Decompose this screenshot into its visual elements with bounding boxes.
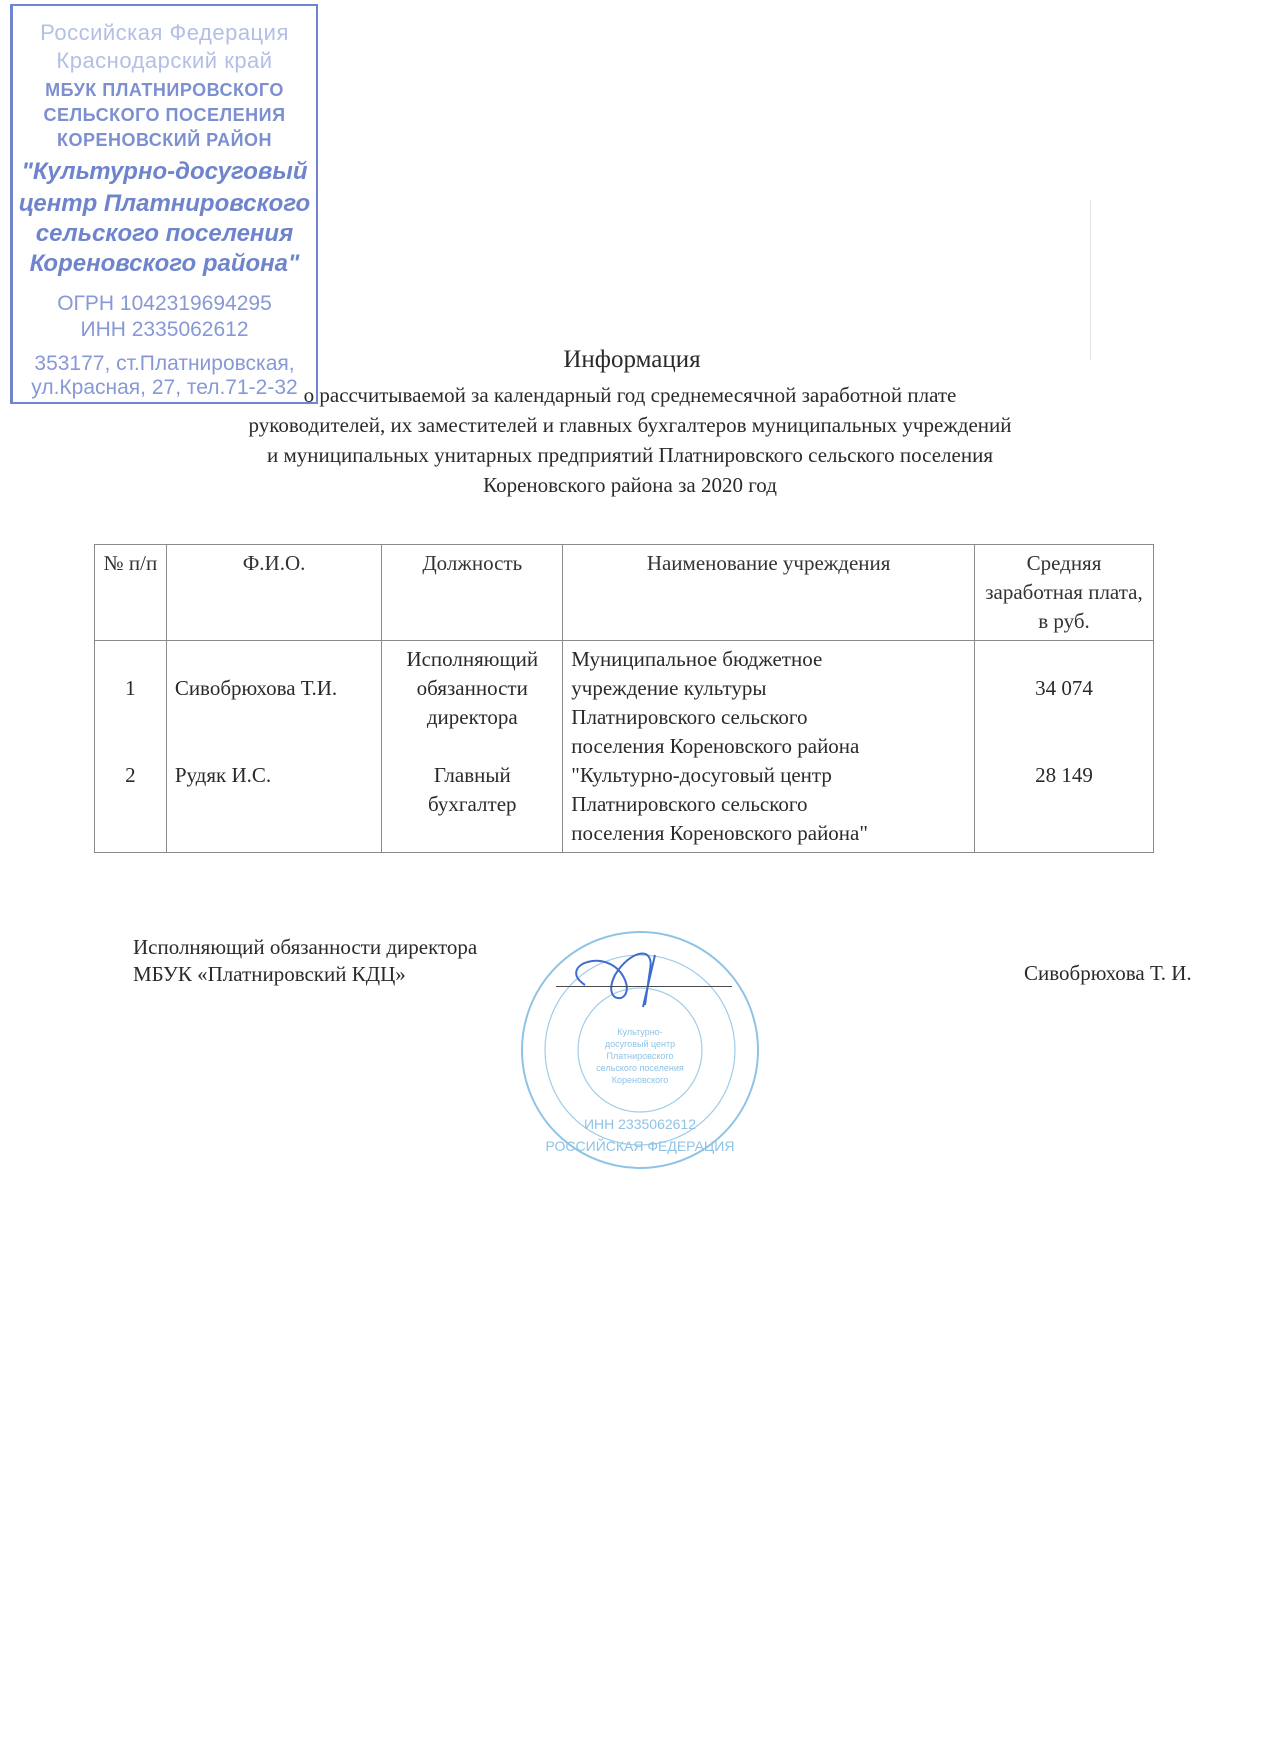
svg-text:досуговый центр: досуговый центр <box>605 1039 675 1049</box>
subtitle-line: руководителей, их заместителей и главных… <box>130 410 1130 440</box>
org-line: поселения Кореновского района" <box>571 819 966 848</box>
stamp-line: Кореновского района" <box>13 250 316 278</box>
row-position: Исполняющий обязанности директора <box>390 645 554 761</box>
signer-title: Исполняющий обязанности директора МБУК «… <box>133 934 477 988</box>
row-fio-cell: Сивобрюхова Т.И. Рудяк И.С. <box>166 641 381 853</box>
stamp-line: КОРЕНОВСКИЙ РАЙОН <box>13 130 316 151</box>
row-fio: Сивобрюхова Т.И. <box>175 674 373 703</box>
stamp-line: Краснодарский край <box>13 48 316 74</box>
document-subtitle: о рассчитываемой за календарный год сред… <box>130 380 1130 500</box>
org-line: Платнировского сельского <box>571 790 966 819</box>
svg-text:Кореновского: Кореновского <box>612 1075 669 1085</box>
rectangular-stamp: Российская Федерация Краснодарский край … <box>10 4 318 404</box>
signer-title-line: МБУК «Платнировский КДЦ» <box>133 961 477 988</box>
header-salary: Средняя заработная плата, в руб. <box>974 545 1153 641</box>
row-fio: Рудяк И.С. <box>175 761 373 790</box>
svg-text:РОССИЙСКАЯ ФЕДЕРАЦИЯ: РОССИЙСКАЯ ФЕДЕРАЦИЯ <box>546 1137 735 1154</box>
stamp-line: Российская Федерация <box>13 20 316 46</box>
row-num-cell: 1 2 <box>95 641 167 853</box>
signer-title-line: Исполняющий обязанности директора <box>133 934 477 961</box>
subtitle-line: Кореновского района за 2020 год <box>130 470 1130 500</box>
row-salary: 34 074 <box>983 674 1145 703</box>
stamp-inn: ИНН 2335062612 <box>13 318 316 342</box>
org-line: "Культурно-досуговый центр <box>571 761 966 790</box>
round-seal-icon: Культурно- досуговый центр Платнировског… <box>515 925 765 1175</box>
row-organization-cell: Муниципальное бюджетное учреждение культ… <box>563 641 975 853</box>
org-line: Муниципальное бюджетное <box>571 645 966 674</box>
org-line: учреждение культуры <box>571 674 966 703</box>
org-line: Платнировского сельского <box>571 703 966 732</box>
row-position-cell: Исполняющий обязанности директора Главны… <box>382 641 563 853</box>
row-position: Главный бухгалтер <box>390 761 554 819</box>
stamp-ogrn: ОГРН 1042319694295 <box>13 292 316 316</box>
stamp-line: центр Платнировского <box>13 190 316 218</box>
table-header-row: № п/п Ф.И.О. Должность Наименование учре… <box>95 545 1154 641</box>
salary-table: № п/п Ф.И.О. Должность Наименование учре… <box>94 544 1154 853</box>
svg-text:ИНН 2335062612: ИНН 2335062612 <box>584 1116 696 1132</box>
header-num: № п/п <box>95 545 167 641</box>
row-num: 2 <box>103 761 158 790</box>
org-line: поселения Кореновского района <box>571 732 966 761</box>
subtitle-line: и муниципальных унитарных предприятий Пл… <box>130 440 1130 470</box>
row-salary-cell: 34 074 28 149 <box>974 641 1153 853</box>
stamp-line: сельского поселения <box>13 220 316 248</box>
document-title: Информация <box>0 346 1264 374</box>
row-salary: 28 149 <box>983 761 1145 790</box>
signature-line <box>556 986 732 987</box>
stamp-line: МБУК ПЛАТНИРОВСКОГО <box>13 80 316 101</box>
table-row: 1 2 Сивобрюхова Т.И. Рудяк И.С. Исполняю… <box>95 641 1154 853</box>
header-organization: Наименование учреждения <box>563 545 975 641</box>
subtitle-line: о рассчитываемой за календарный год сред… <box>130 380 1130 410</box>
stamp-line: "Культурно-досуговый <box>13 158 316 186</box>
header-position: Должность <box>382 545 563 641</box>
svg-text:Культурно-: Культурно- <box>617 1027 662 1037</box>
signer-name: Сивобрюхова Т. И. <box>1024 961 1192 986</box>
svg-text:Платнировского: Платнировского <box>607 1051 674 1061</box>
stamp-line: СЕЛЬСКОГО ПОСЕЛЕНИЯ <box>13 105 316 126</box>
header-fio: Ф.И.О. <box>166 545 381 641</box>
scan-artifact-line <box>1090 200 1091 360</box>
svg-text:сельского поселения: сельского поселения <box>596 1063 684 1073</box>
row-num: 1 <box>103 674 158 703</box>
